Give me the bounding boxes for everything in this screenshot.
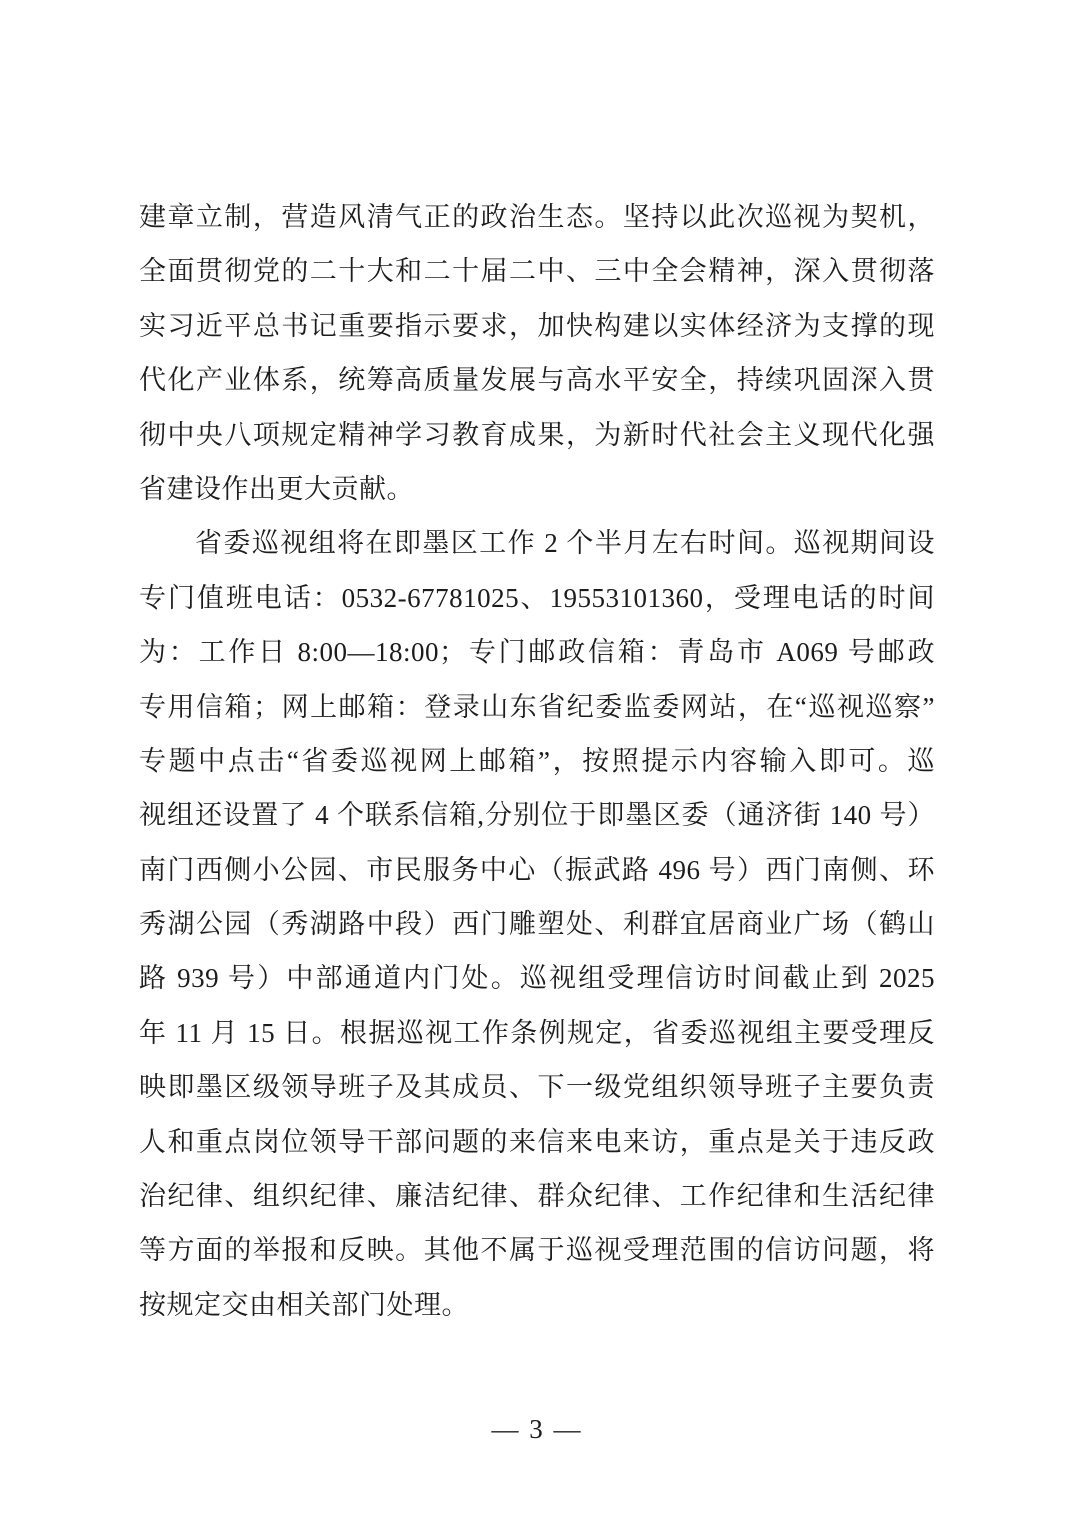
text-line: 专门值班电话：0532-67781025、19553101360，受理电话的时间 [139,571,935,625]
text-line: 专用信箱；网上邮箱：登录山东省纪委监委网站，在“巡视巡察” [139,680,935,734]
text-line: 治纪律、组织纪律、廉洁纪律、群众纪律、工作纪律和生活纪律 [139,1169,935,1223]
text-line: 全面贯彻党的二十大和二十届二中、三中全会精神，深入贯彻落 [139,244,935,298]
text-lines: 建章立制，营造风清气正的政治生态。坚持以此次巡视为契机，全面贯彻党的二十大和二十… [139,190,935,1332]
text-line: 省建设作出更大贡献。 [139,462,935,516]
text-line: 秀湖公园（秀湖路中段）西门雕塑处、利群宜居商业广场（鹤山 [139,897,935,951]
text-line: 路 939 号）中部通道内门处。巡视组受理信访时间截止到 2025 [139,951,935,1005]
document-page: 建章立制，营造风清气正的政治生态。坚持以此次巡视为契机，全面贯彻党的二十大和二十… [0,0,1074,1520]
text-line: 专题中点击“省委巡视网上邮箱”，按照提示内容输入即可。巡 [139,734,935,788]
text-line: 视组还设置了 4 个联系信箱,分别位于即墨区委（通济街 140 号） [139,788,935,842]
text-line: 为：工作日 8:00—18:00；专门邮政信箱：青岛市 A069 号邮政 [139,625,935,679]
page-number: — 3 — [0,1412,1074,1446]
text-line: 实习近平总书记重要指示要求，加快构建以实体经济为支撑的现 [139,299,935,353]
text-line: 按规定交由相关部门处理。 [139,1278,935,1332]
text-line: 建章立制，营造风清气正的政治生态。坚持以此次巡视为契机， [139,190,935,244]
text-line: 人和重点岗位领导干部问题的来信来电来访，重点是关于违反政 [139,1115,935,1169]
text-line: 彻中央八项规定精神学习教育成果，为新时代社会主义现代化强 [139,408,935,462]
text-line: 等方面的举报和反映。其他不属于巡视受理范围的信访问题，将 [139,1223,935,1277]
text-line: 代化产业体系，统筹高质量发展与高水平安全，持续巩固深入贯 [139,353,935,407]
text-line: 映即墨区级领导班子及其成员、下一级党组织领导班子主要负责 [139,1060,935,1114]
text-line: 年 11 月 15 日。根据巡视工作条例规定，省委巡视组主要受理反 [139,1006,935,1060]
text-line: 南门西侧小公园、市民服务中心（振武路 496 号）西门南侧、环 [139,843,935,897]
text-line: 省委巡视组将在即墨区工作 2 个半月左右时间。巡视期间设 [139,516,935,570]
